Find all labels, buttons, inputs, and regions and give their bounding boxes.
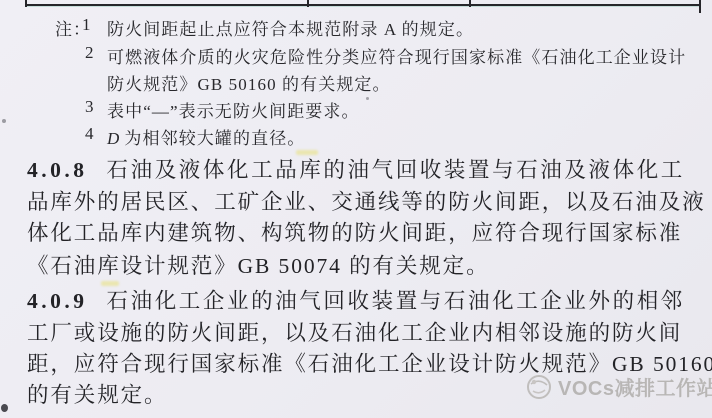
note-text-2-line-2: 防火规范》GB 50160 的有关规定。 — [107, 70, 391, 95]
clause-line: 《石油库设计规范》GB 50074 的有关规定。 — [27, 249, 489, 280]
clause-line: 4.0.9石油化工企业的油气回收装置与石油化工企业外的相邻 — [27, 284, 685, 315]
clause-text: 石油化工企业的油气回收装置与石油化工企业外的相邻 — [107, 289, 685, 313]
clause-line: 的有关规定。 — [27, 378, 167, 409]
scan-speck — [366, 97, 369, 100]
table-divider — [307, 0, 309, 7]
table-divider — [25, 0, 27, 7]
note-text-4: D为相邻较大罐的直径。 — [107, 124, 305, 149]
clause-line: 4.0.8石油及液体化工品库的油气回收装置与石油及液体化工 — [27, 153, 685, 184]
clause-number: 4.0.9 — [27, 289, 88, 313]
variable-d: D — [107, 129, 120, 148]
table-right-border — [699, 0, 701, 13]
note-number-4: 4 — [85, 124, 94, 144]
clause-number: 4.0.8 — [27, 158, 88, 182]
clause-line: 品库外的居民区、工矿企业、交通线等的防火间距，以及石油及液 — [27, 185, 706, 216]
table-rule — [25, 4, 701, 6]
watermark: VOCs减排工作站 — [526, 372, 712, 401]
scan-smudge — [296, 150, 318, 155]
note-text-1: 防火间距起止点应符合本规范附录 A 的规定。 — [107, 15, 474, 40]
note-text-4-rest: 为相邻较大罐的直径。 — [124, 129, 305, 148]
scan-speck — [1, 404, 8, 412]
clause-line: 工厂或设施的防火间距，以及石油化工企业内相邻设施的防火间 — [27, 316, 682, 347]
scan-speck — [2, 119, 6, 123]
clause-text: 石油及液体化工品库的油气回收装置与石油及液体化工 — [107, 158, 685, 182]
table-divider — [469, 0, 471, 7]
note-number-1: 1 — [82, 15, 91, 35]
note-text-3: 表中“—”表示无防火间距要求。 — [107, 97, 360, 122]
clause-line: 体化工品库内建筑物、构筑物的防火间距，应符合现行国家标准 — [27, 216, 682, 247]
scanned-document-page: 注： 1 防火间距起止点应符合本规范附录 A 的规定。 2 可燃液体介质的火灾危… — [0, 0, 712, 418]
note-number-2: 2 — [85, 43, 94, 63]
note-number-3: 3 — [85, 97, 94, 117]
globe-icon — [526, 374, 552, 400]
note-text-2-line-1: 可燃液体介质的火灾危险性分类应符合现行国家标准《石油化工企业设计 — [107, 43, 686, 68]
scan-smudge — [101, 281, 119, 286]
watermark-text: VOCs减排工作站 — [558, 372, 712, 401]
